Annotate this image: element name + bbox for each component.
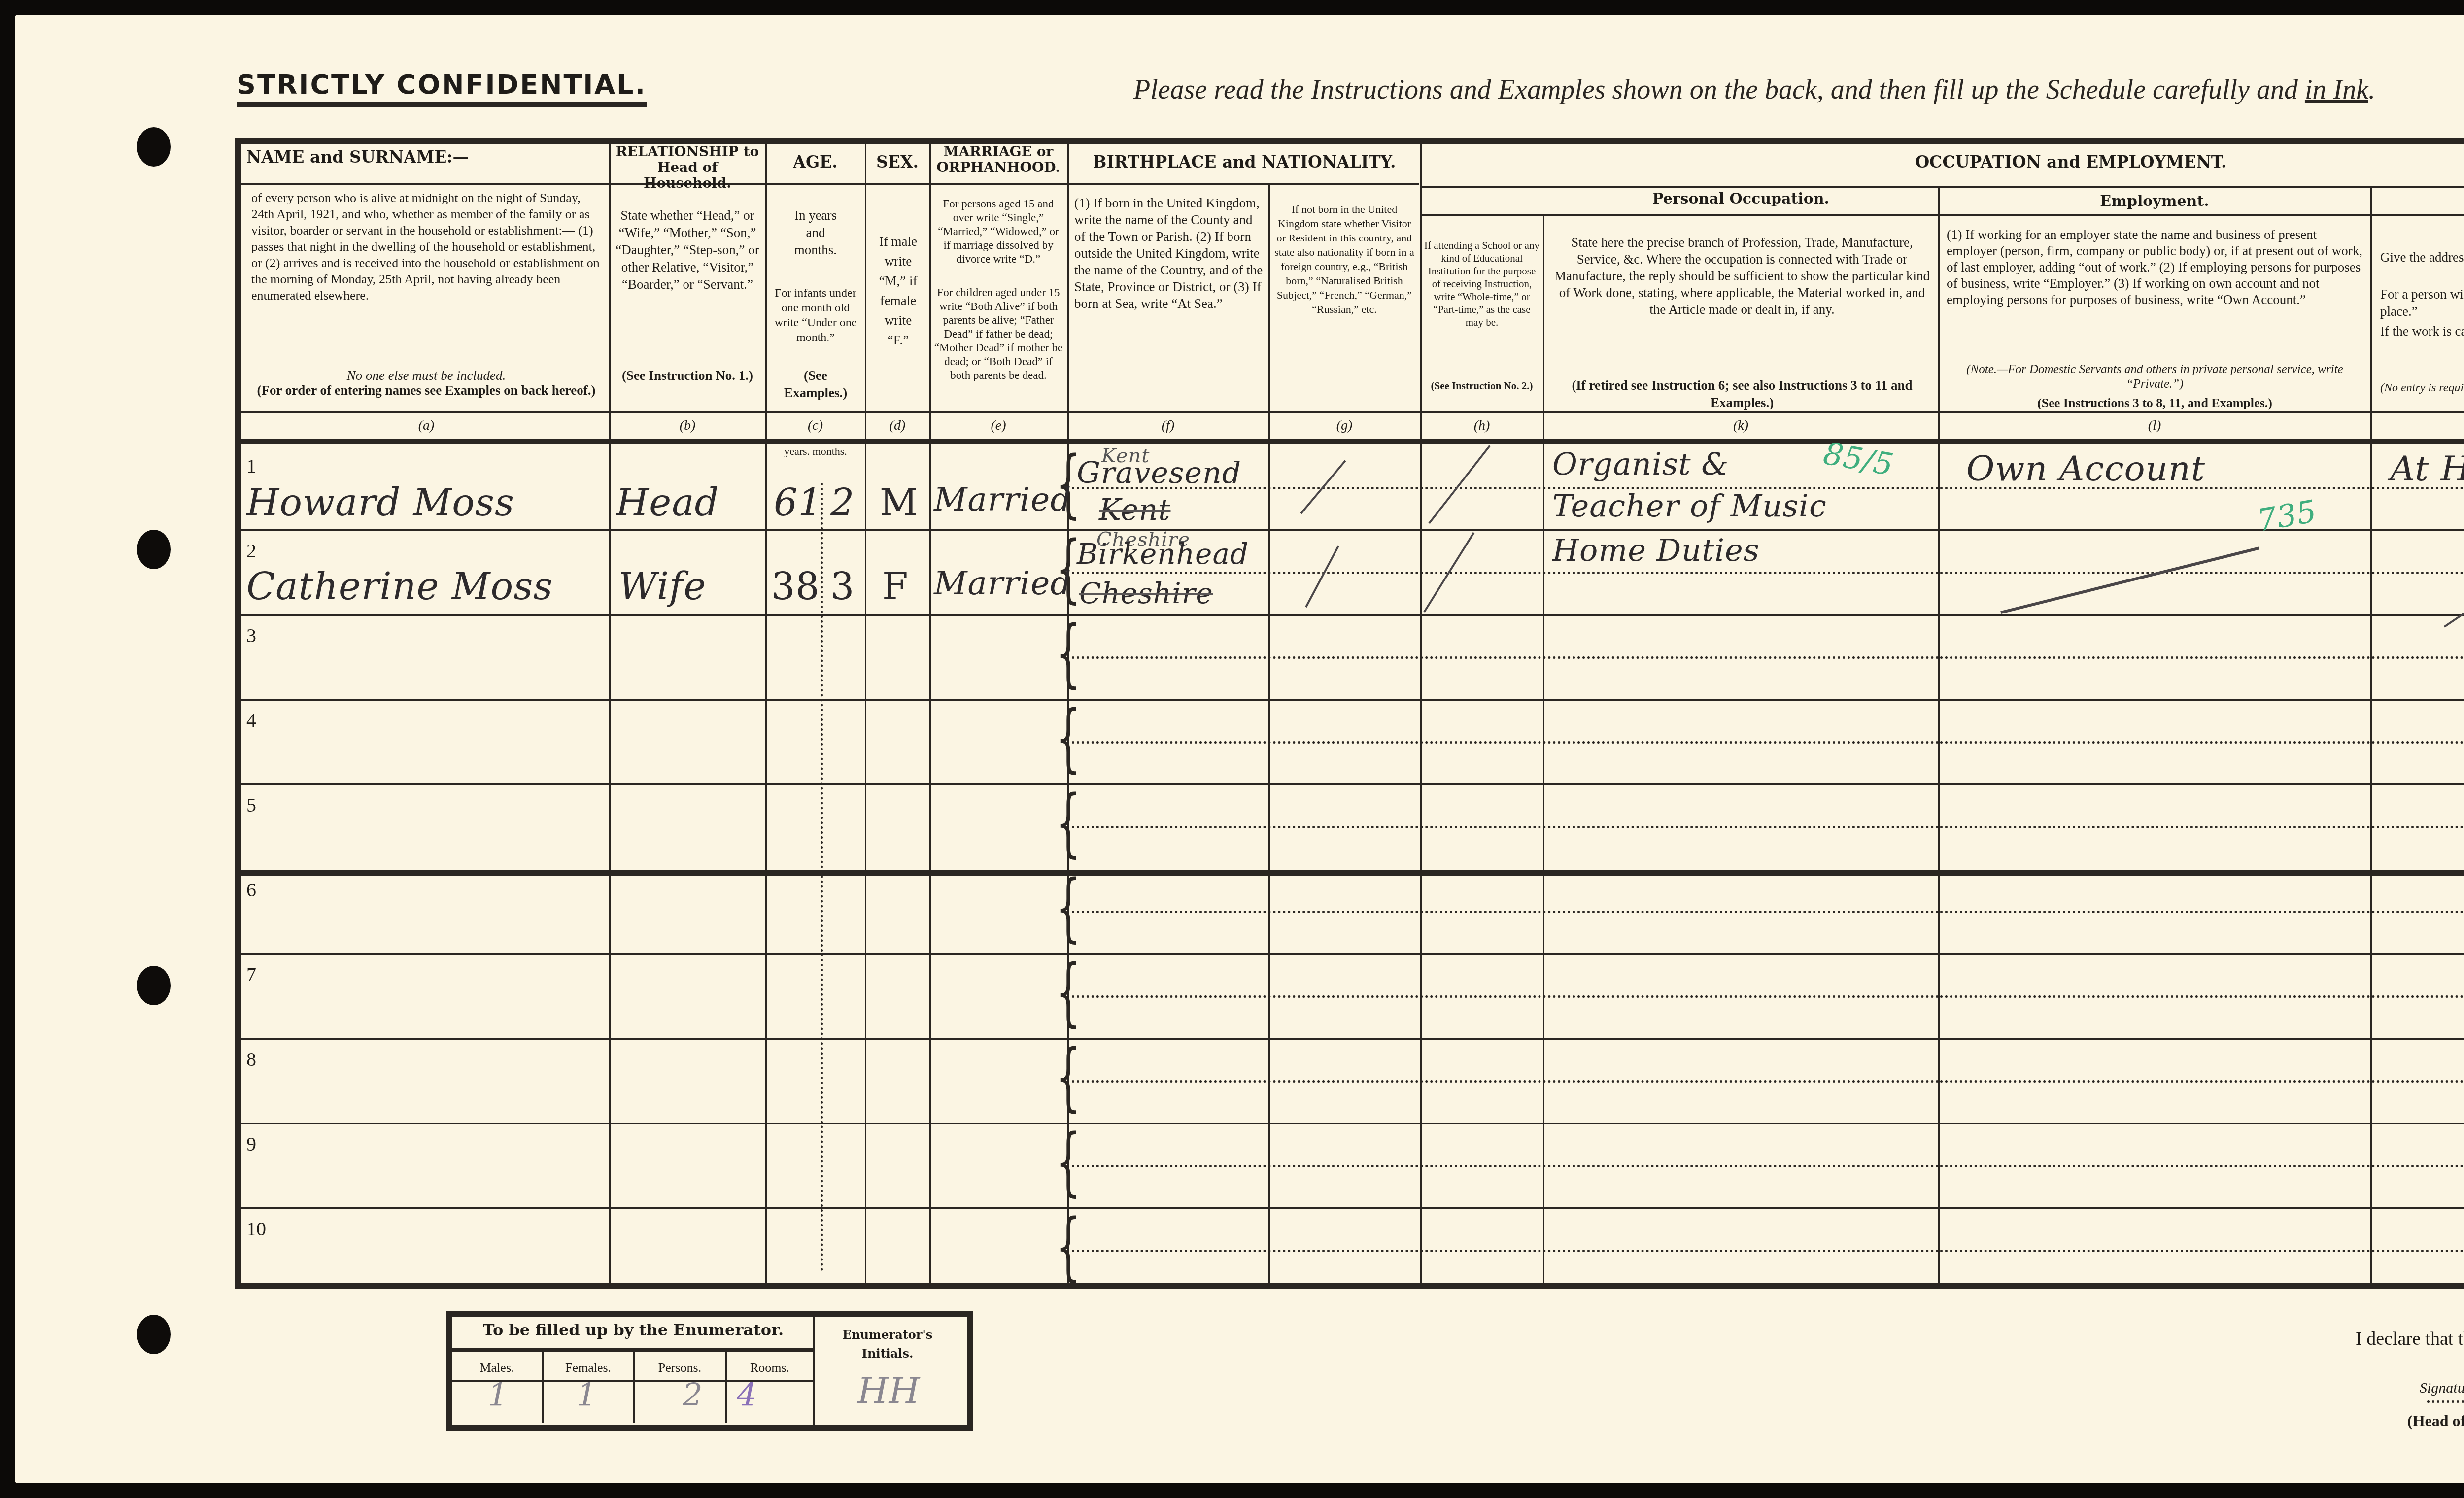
header-name-body: of every person who is alive at midnight… xyxy=(251,190,601,304)
row-1-occupation-line1[interactable]: Organist & xyxy=(1552,446,1729,482)
column-letter-l: (l) xyxy=(1940,418,2369,434)
employment-subline xyxy=(1940,826,2464,828)
employment-subline xyxy=(1940,995,2464,998)
enumerator-label-rooms: Rooms. xyxy=(726,1359,813,1376)
enumerator-initials-heading: Enumerator's Initials. xyxy=(816,1326,959,1363)
row-1-employment[interactable]: Own Account xyxy=(1966,448,2205,489)
enumerator-box-divider xyxy=(452,1348,813,1352)
row-2-name[interactable]: Catherine Moss xyxy=(246,564,553,608)
row-number: 8 xyxy=(246,1048,256,1071)
birthplace-subline xyxy=(1072,572,1939,574)
col-divider-g-h xyxy=(1420,144,1422,1283)
row-divider xyxy=(241,614,2464,616)
header-nationality-body: If not born in the United Kingdom state … xyxy=(1272,202,1416,316)
row-divider xyxy=(241,953,2464,955)
enumerator-value-persons[interactable]: 2 xyxy=(683,1377,703,1414)
group-divider xyxy=(241,870,2464,876)
employment-subline xyxy=(1940,1250,2464,1252)
age-years-months-divider xyxy=(821,483,823,1271)
header-age-body: In years and months. xyxy=(784,207,848,259)
birthplace-brace: { xyxy=(1055,1125,1081,1199)
signature-note: (Head of Household, Manager of Establish… xyxy=(2407,1412,2464,1430)
column-letter-d: (d) xyxy=(867,418,928,434)
row-2-occupation[interactable]: Home Duties xyxy=(1552,532,1759,568)
row-number: 1 xyxy=(246,454,256,477)
col-divider-l-m xyxy=(2370,186,2372,1283)
employment-subline xyxy=(1940,741,2464,744)
row-1-name[interactable]: Howard Moss xyxy=(246,480,514,524)
row-2-relationship[interactable]: Wife xyxy=(618,564,706,608)
row-number: 9 xyxy=(246,1132,256,1156)
row-divider xyxy=(241,783,2464,785)
signature-line xyxy=(2427,1400,2464,1403)
row-1-sex[interactable]: M xyxy=(880,480,919,524)
birthplace-brace: { xyxy=(1055,786,1081,860)
enumerator-label-persons: Persons. xyxy=(634,1359,725,1376)
birthplace-brace: { xyxy=(1055,701,1081,775)
birthplace-subline xyxy=(1072,1250,1939,1252)
row-divider xyxy=(241,1123,2464,1124)
birthplace-subline xyxy=(1072,656,1939,659)
header-school-note: (See Instruction No. 2.) xyxy=(1423,379,1540,392)
header-age-note: (See Examples.) xyxy=(771,367,860,402)
birthplace-brace: { xyxy=(1055,955,1081,1029)
birthplace-subline xyxy=(1072,741,1939,744)
declaration-text: I declare that this Schedule is correctl… xyxy=(2356,1328,2464,1350)
signature-label: Signature xyxy=(2420,1380,2464,1396)
row-1-place-of-work[interactable]: At Home xyxy=(2390,448,2464,489)
header-school-body: If attending a School or any kind of Edu… xyxy=(1423,239,1540,329)
instructions-line: Please read the Instructions and Example… xyxy=(1133,74,2375,105)
row-divider xyxy=(241,1207,2464,1209)
header-age-infant: For infants under one month old write “U… xyxy=(771,286,860,345)
row-number: 3 xyxy=(246,624,256,647)
birthplace-brace: { xyxy=(1055,616,1081,690)
col-divider-k-l xyxy=(1938,186,1940,1283)
birthplace-subline xyxy=(1072,1080,1939,1083)
header-personal-occupation-body: State here the precise branch of Profess… xyxy=(1552,234,1932,318)
header-sex: SEX. xyxy=(867,153,928,171)
row-number: 10 xyxy=(246,1217,266,1240)
instructions-end: . xyxy=(2368,74,2375,105)
column-letter-h: (h) xyxy=(1422,418,1541,434)
header-birthplace-body: (1) If born in the United Kingdom, write… xyxy=(1074,195,1264,312)
row-2-birthplace-county[interactable]: Cheshire xyxy=(1079,577,1213,610)
col-divider-f-g xyxy=(1268,183,1270,1283)
row-2-sex[interactable]: F xyxy=(882,564,909,608)
enumerator-box-heading: To be filled up by the Enumerator. xyxy=(453,1321,813,1339)
enumerator-label-males: Males. xyxy=(452,1359,542,1376)
header-place-body2: For a person with no regular place of wo… xyxy=(2380,286,2464,320)
letters-divider xyxy=(241,411,2464,413)
header-marriage: MARRIAGE or ORPHANHOOD. xyxy=(931,144,1065,175)
employment-subline xyxy=(1940,1165,2464,1167)
header-marriage-children: For children aged under 15 write “Both A… xyxy=(934,286,1063,382)
birthplace-subline xyxy=(1072,1165,1939,1167)
row-number: 5 xyxy=(246,793,256,817)
in-ink-text: in Ink xyxy=(2305,74,2368,105)
column-letter-k: (k) xyxy=(1545,418,1937,434)
header-occupation: OCCUPATION and EMPLOYMENT. xyxy=(1424,153,2464,171)
header-name: NAME and SURNAME:— xyxy=(246,148,601,167)
col-divider-b-c xyxy=(765,144,767,1283)
header-employment-note1: (Note.—For Domestic Servants and others … xyxy=(1947,362,2363,392)
birthplace-subline xyxy=(1072,995,1939,998)
birthplace-brace: { xyxy=(1055,871,1081,945)
row-divider xyxy=(241,529,2464,531)
header-personal-occupation-note: (If retired see Instruction 6; see also … xyxy=(1552,377,1932,411)
enumerator-value-females[interactable]: 1 xyxy=(577,1377,597,1414)
column-letter-g: (g) xyxy=(1270,418,1418,434)
header-place-body3: If the work is carried on mainly at home… xyxy=(2380,323,2464,340)
enumerator-label-females: Females. xyxy=(543,1359,633,1376)
header-place-of-work: Place of Work. xyxy=(2372,195,2464,213)
enumerator-value-rooms[interactable]: 4 xyxy=(737,1377,757,1414)
page-title: STRICTLY CONFIDENTIAL. xyxy=(237,69,647,107)
row-2-marriage[interactable]: Married xyxy=(934,564,1071,602)
row-number: 6 xyxy=(246,878,256,901)
column-letter-m: (m) xyxy=(2372,418,2464,434)
header-employment: Employment. xyxy=(1940,192,2369,211)
instructions-text: Please read the Instructions and Example… xyxy=(1133,74,2305,105)
row-1-birthplace-county[interactable]: Kent xyxy=(1099,493,1170,527)
row-number: 7 xyxy=(246,963,256,986)
row-1-marriage[interactable]: Married xyxy=(934,480,1071,518)
header-place-note: (No entry is required for any person who… xyxy=(2380,379,2464,397)
punch-hole xyxy=(137,966,171,1005)
employment-subline xyxy=(1940,656,2464,659)
column-letter-e: (e) xyxy=(931,418,1065,434)
employment-subline xyxy=(1940,911,2464,913)
age-subheader: years. months. xyxy=(769,443,862,460)
header-employment-note2: (See Instructions 3 to 8, 11, and Exampl… xyxy=(1947,394,2363,411)
punch-hole xyxy=(137,1315,171,1354)
header-relationship: RELATIONSHIP to Head of Household. xyxy=(611,144,764,191)
row-1-age-months[interactable]: 2 xyxy=(830,480,855,524)
row-2-birthplace-town[interactable]: Birkenhead xyxy=(1077,537,1249,571)
header-bottom-rule xyxy=(241,439,2464,444)
birthplace-subline xyxy=(1072,911,1939,913)
header-personal-occupation: Personal Occupation. xyxy=(1545,190,1937,208)
employment-subline xyxy=(1940,572,2464,574)
row-divider xyxy=(241,699,2464,701)
column-letter-c: (c) xyxy=(767,418,863,434)
header-name-note2: (For order of entering names see Example… xyxy=(251,382,601,399)
row-1-occupation-line2[interactable]: Teacher of Music xyxy=(1552,488,1827,524)
birthplace-subline xyxy=(1072,826,1939,828)
occupation-subheader-divider-2 xyxy=(1420,214,2464,216)
header-place-body1: Give the address of each person’s place … xyxy=(2380,249,2464,266)
column-letter-b: (b) xyxy=(611,418,764,434)
row-2-age-years[interactable]: 38 xyxy=(771,564,820,608)
row-1-birthplace-town[interactable]: Gravesend xyxy=(1077,456,1241,490)
row-1-relationship[interactable]: Head xyxy=(616,480,719,524)
row-1-age-years[interactable]: 61 xyxy=(774,480,822,524)
birthplace-brace: { xyxy=(1055,1040,1081,1114)
header-marriage-body: For persons aged 15 and over write “Sing… xyxy=(934,197,1063,266)
enumerator-initials-divider xyxy=(813,1317,815,1425)
row-number: 4 xyxy=(246,709,256,732)
employment-subline xyxy=(1940,1080,2464,1083)
enumerator-initials[interactable]: HH xyxy=(857,1370,921,1411)
header-age: AGE. xyxy=(767,153,863,171)
birthplace-brace: { xyxy=(1055,1210,1081,1284)
column-letter-a: (a) xyxy=(246,418,606,434)
header-relationship-body: State whether “Head,” or “Wife,” “Mother… xyxy=(614,207,761,293)
enumerator-value-males[interactable]: 1 xyxy=(488,1377,509,1414)
occupation-subheader-divider xyxy=(1420,186,2464,188)
row-2-age-months[interactable]: 3 xyxy=(830,564,855,608)
header-divider xyxy=(241,183,1419,185)
col-divider-c-d xyxy=(865,144,866,1283)
header-birthplace: BIRTHPLACE and NATIONALITY. xyxy=(1069,153,1419,171)
row-divider xyxy=(241,1038,2464,1040)
header-relationship-note: (See Instruction No. 1.) xyxy=(614,367,761,384)
header-sex-body: If male write “M,” if female write “F.” xyxy=(875,232,922,350)
punch-hole xyxy=(137,530,171,569)
header-employment-body: (1) If working for an employer state the… xyxy=(1947,227,2363,308)
punch-hole xyxy=(137,127,171,167)
col-divider-d-e xyxy=(929,144,931,1283)
col-divider-a-b xyxy=(609,144,611,1283)
row-number: 2 xyxy=(246,539,256,562)
column-letter-f: (f) xyxy=(1069,418,1266,434)
